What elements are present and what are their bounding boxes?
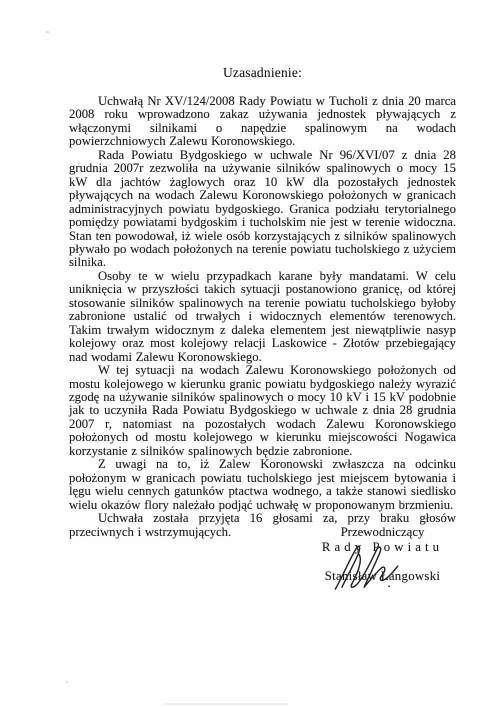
signature-role-org: Rady Powiatu <box>300 541 465 555</box>
paragraph-2: Rada Powiatu Bydgoskiego w uchwale Nr 96… <box>69 149 456 270</box>
paragraph-3: Osoby te w wielu przypadkach karane były… <box>69 270 456 364</box>
paragraph-4: W tej sytuacji na wodach Zalewu Koronows… <box>69 364 456 458</box>
signature-block: Przewodniczący Rady Powiatu Stanisław Ła… <box>300 526 465 584</box>
scan-artifact-speck <box>46 31 49 33</box>
scanned-document-page: Uzasadnienie: Uchwałą Nr XV/124/2008 Rad… <box>0 0 500 707</box>
document-body: Uchwałą Nr XV/124/2008 Rady Powiatu w Tu… <box>69 95 456 539</box>
scan-artifact-smudge <box>163 703 288 705</box>
paragraph-1: Uchwałą Nr XV/124/2008 Rady Powiatu w Tu… <box>69 95 456 149</box>
scan-artifact-speck <box>66 681 68 683</box>
signatory-name: Stanisław Łangowski <box>300 570 465 584</box>
signature-role-title: Przewodniczący <box>300 526 465 540</box>
paragraph-5: Z uwagi na to, iż Zalew Koronowski zwłas… <box>69 458 456 512</box>
document-title: Uzasadnienie: <box>69 66 456 80</box>
